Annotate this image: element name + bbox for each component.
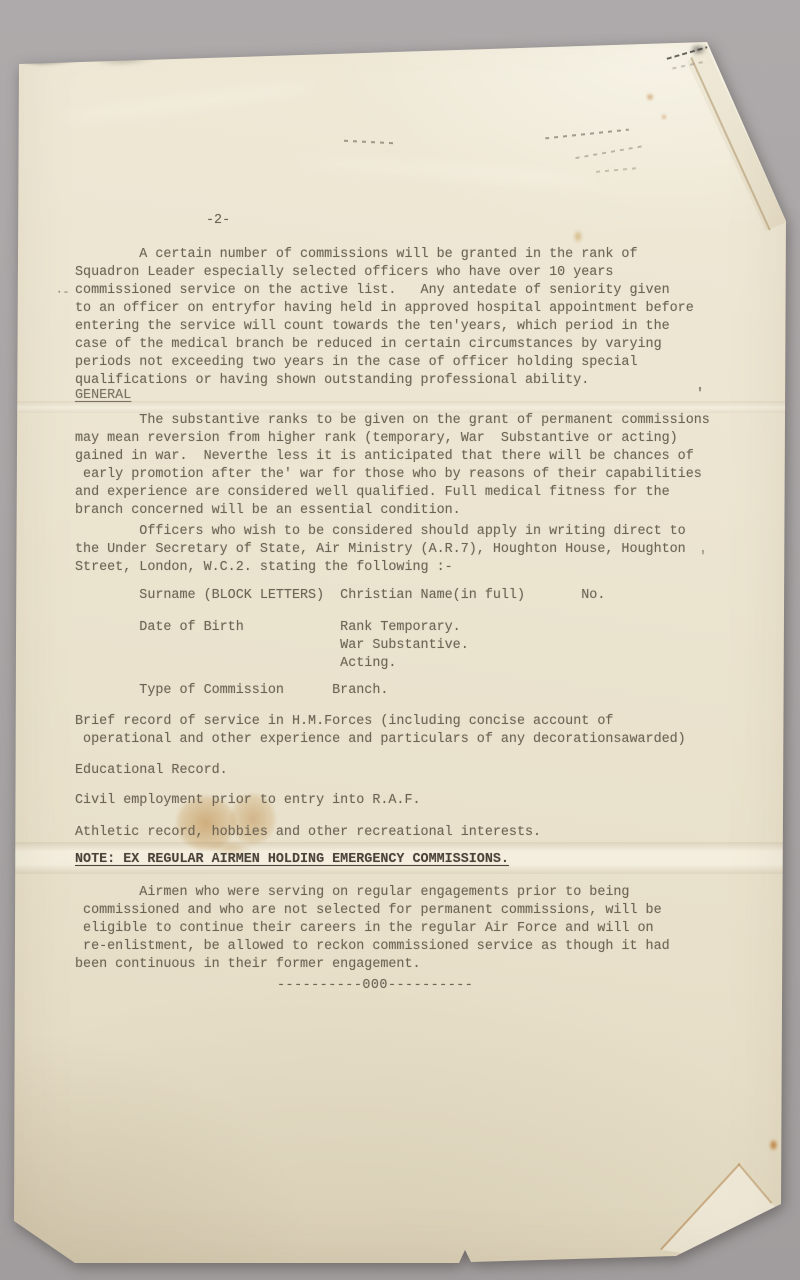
- page-number: -2-: [206, 212, 230, 230]
- para-airmen: Airmen who were serving on regular engag…: [75, 884, 670, 974]
- line-civil: Civil employment prior to entry into R.A…: [75, 792, 421, 810]
- separator: ----------000----------: [277, 977, 473, 995]
- paper-shadow-wrap: -2- A certain number of commissions will…: [0, 0, 800, 1280]
- heading-general: GENERAL: [75, 387, 131, 405]
- line-educational: Educational Record.: [75, 762, 228, 780]
- stray-mark-2: ': [699, 549, 707, 567]
- form-name-line: Surname (BLOCK LETTERS) Christian Name(i…: [75, 587, 605, 605]
- form-dob-rank: Date of Birth Rank Temporary. War Substa…: [75, 619, 469, 673]
- form-type-branch: Type of Commission Branch.: [75, 682, 388, 700]
- typewritten-text-layer: -2- A certain number of commissions will…: [0, 0, 800, 1280]
- stray-mark-1: ': [696, 386, 704, 404]
- para-apply: Officers who wish to be considered shoul…: [75, 523, 686, 577]
- margin-marks: ·-: [56, 284, 69, 302]
- para-brief-record: Brief record of service in H.M.Forces (i…: [75, 713, 686, 749]
- photo-background: -2- A certain number of commissions will…: [0, 0, 800, 1280]
- para-substantive: The substantive ranks to be given on the…: [75, 412, 710, 520]
- para-commissions: A certain number of commissions will be …: [75, 246, 694, 390]
- heading-note: NOTE: EX REGULAR AIRMEN HOLDING EMERGENC…: [75, 851, 509, 869]
- document-page: -2- A certain number of commissions will…: [0, 0, 800, 1280]
- line-athletic: Athletic record, hobbies and other recre…: [75, 824, 541, 842]
